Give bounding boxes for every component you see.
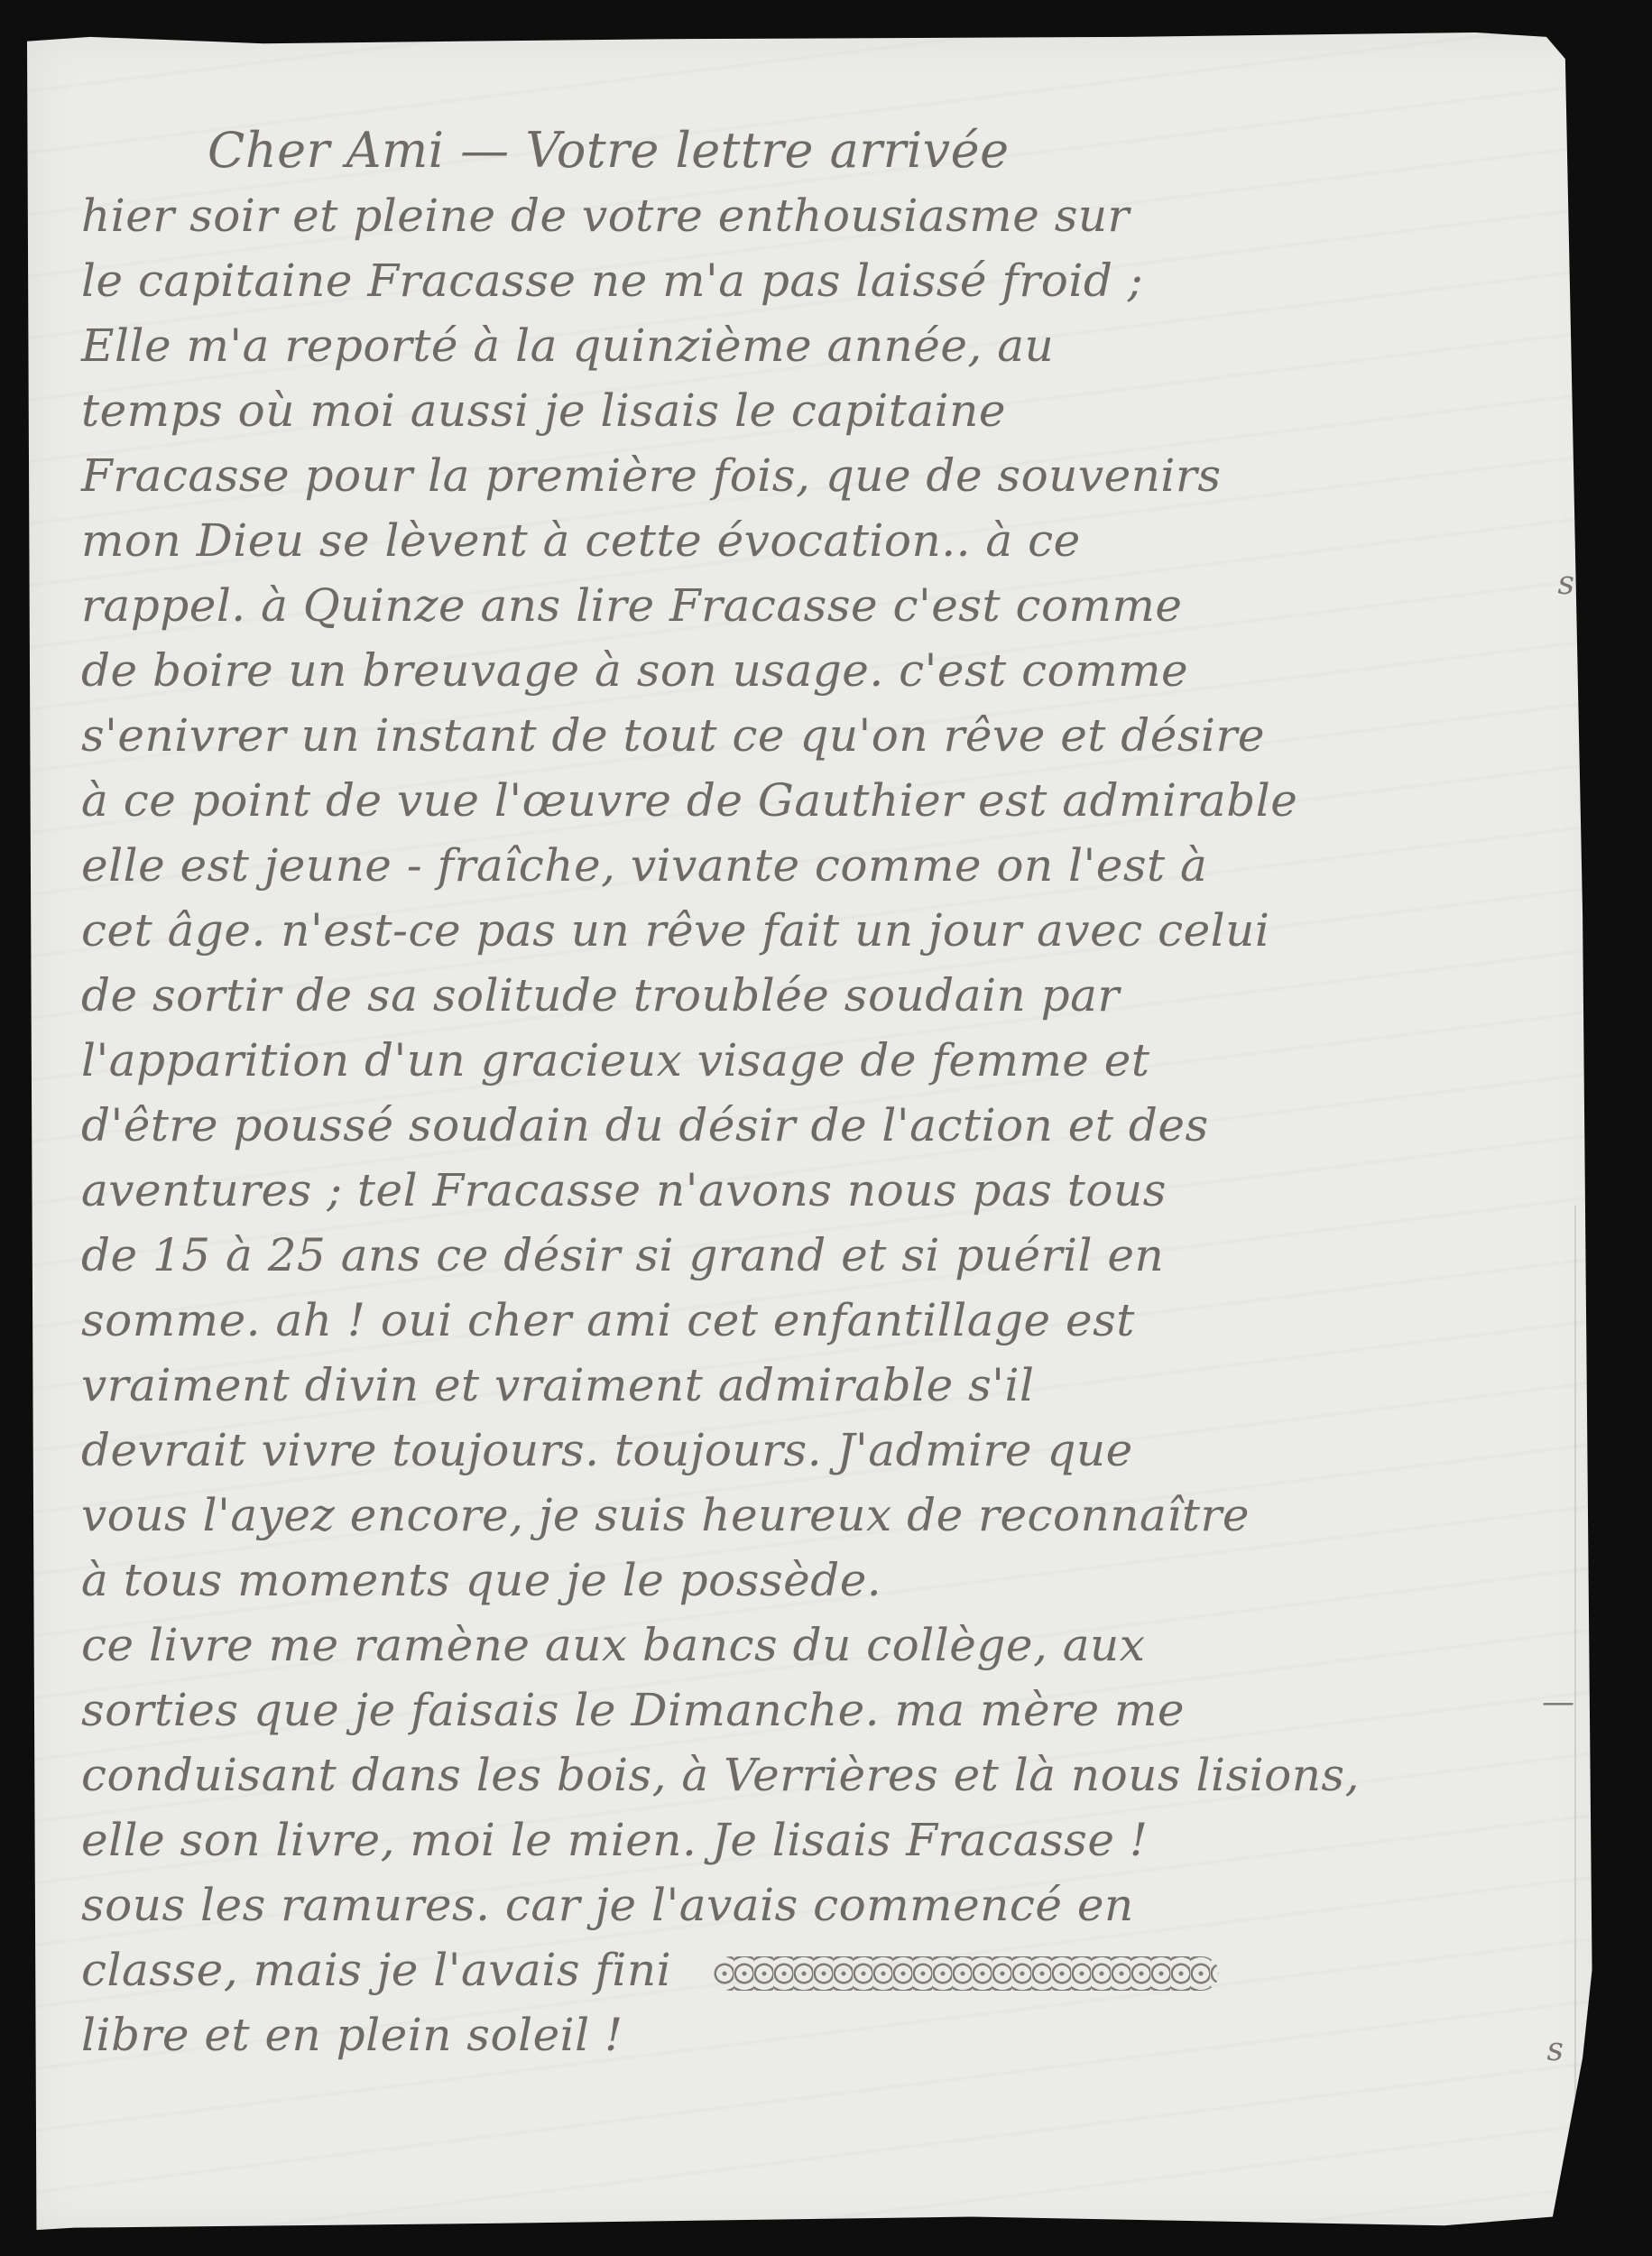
letter-body: Cher Ami — Votre lettre arrivée hier soi… <box>81 118 1615 2067</box>
letter-line: elle son livre, moi le mien. Je lisais F… <box>81 1808 1615 1872</box>
letter-paper: s — s Cher Ami — Votre lettre arrivée hi… <box>27 32 1601 2234</box>
letter-line: aventures ; tel Fracasse n'avons nous pa… <box>81 1158 1615 1223</box>
letter-line: devrait vivre toujours. toujours. J'admi… <box>81 1418 1615 1483</box>
letter-closing-line: libre et en plein soleil ! <box>81 2002 1615 2067</box>
letter-line: Fracasse pour la première fois, que de s… <box>81 443 1615 508</box>
letter-line: à tous moments que je le possède. <box>81 1548 1615 1613</box>
letter-line: conduisant dans les bois, à Verrières et… <box>81 1743 1615 1808</box>
letter-line: mon Dieu se lèvent à cette évocation.. à… <box>81 508 1615 573</box>
letter-line: sous les ramures. car je l'avais commenc… <box>81 1872 1615 1937</box>
letter-line: de 15 à 25 ans ce désir si grand et si p… <box>81 1223 1615 1288</box>
letter-salutation-line: Cher Ami — Votre lettre arrivée <box>81 118 1615 183</box>
letter-line: somme. ah ! oui cher ami cet enfantillag… <box>81 1288 1615 1353</box>
scribbled-out-passage <box>714 1956 1219 1991</box>
letter-line: s'enivrer un instant de tout ce qu'on rê… <box>81 703 1615 768</box>
letter-line: temps où moi aussi je lisais le capitain… <box>81 378 1615 443</box>
letter-line: ce livre me ramène aux bancs du collège,… <box>81 1613 1615 1678</box>
letter-line: de sortir de sa solitude troublée soudai… <box>81 963 1615 1028</box>
letter-line: vous l'ayez encore, je suis heureux de r… <box>81 1483 1615 1548</box>
letter-line: le capitaine Fracasse ne m'a pas laissé … <box>81 248 1615 313</box>
letter-line: hier soir et pleine de votre enthousiasm… <box>81 183 1615 248</box>
letter-line: elle est jeune - fraîche, vivante comme … <box>81 833 1615 898</box>
letter-line: vraiment divin et vraiment admirable s'i… <box>81 1353 1615 1418</box>
letter-line-with-erasure: classe, mais je l'avais fini <box>81 1937 1615 2002</box>
letter-line: l'apparition d'un gracieux visage de fem… <box>81 1028 1615 1093</box>
letter-line: à ce point de vue l'œuvre de Gauthier es… <box>81 768 1615 833</box>
letter-line: cet âge. n'est-ce pas un rêve fait un jo… <box>81 898 1615 963</box>
letter-line: sorties que je faisais le Dimanche. ma m… <box>81 1678 1615 1743</box>
letter-line: de boire un breuvage à son usage. c'est … <box>81 638 1615 703</box>
letter-line: rappel. à Quinze ans lire Fracasse c'est… <box>81 573 1615 638</box>
letter-line: d'être poussé soudain du désir de l'acti… <box>81 1093 1615 1158</box>
letter-line-text: classe, mais je l'avais fini <box>81 1944 671 1996</box>
letter-line: Elle m'a reporté à la quinzième année, a… <box>81 313 1615 378</box>
